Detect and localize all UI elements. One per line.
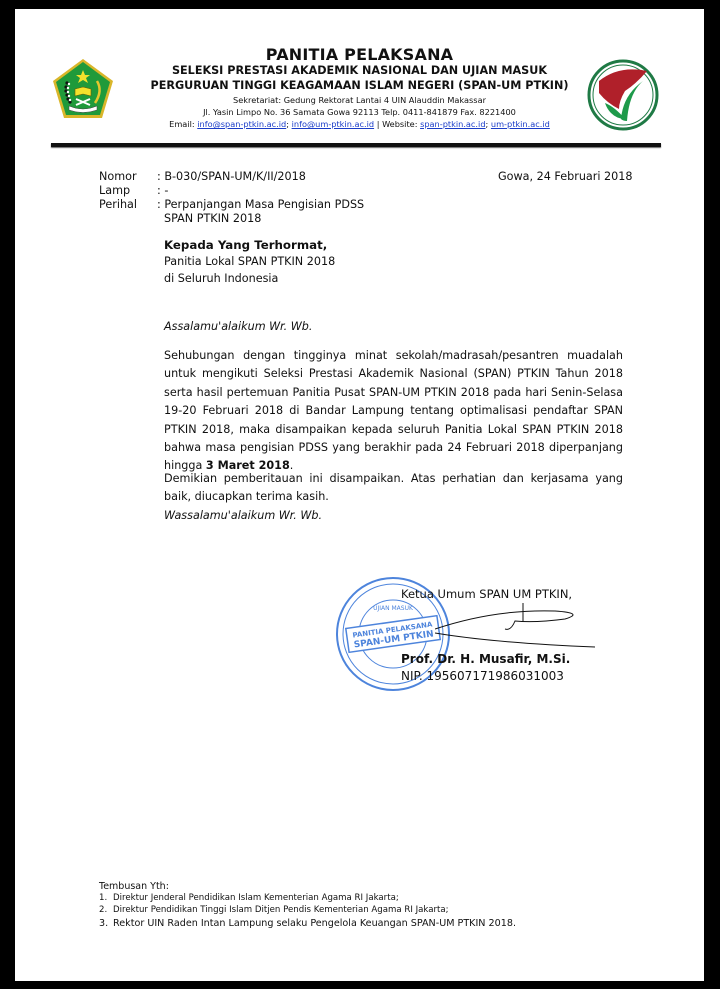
letterhead-secretariat: Sekretariat: Gedung Rektorat Lantai 4 UI… xyxy=(15,95,704,105)
cc-item: 2.Direktur Pendidikan Tinggi Islam Ditje… xyxy=(99,905,449,915)
body-paragraph-1: Sehubungan dengan tingginya minat sekola… xyxy=(164,347,623,476)
recipient-salutation: Kepada Yang Terhormat, xyxy=(164,237,327,253)
cc-number: 3. xyxy=(99,918,113,929)
cc-item: 3.Rektor UIN Raden Intan Lampung selaku … xyxy=(99,918,516,929)
letterhead-subtitle-2: PERGURUAN TINGGI KEAGAMAAN ISLAM NEGERI … xyxy=(15,79,704,92)
letter-page: PANITIA PELAKSANA SELEKSI PRESTASI AKADE… xyxy=(15,9,704,981)
separator: ; xyxy=(486,119,489,129)
handwritten-signature-icon xyxy=(435,599,605,649)
perihal-label: Perihal xyxy=(99,197,137,213)
recipient-name: Panitia Lokal SPAN PTKIN 2018 xyxy=(164,254,335,270)
nomor-value: : B-030/SPAN-UM/K/II/2018 xyxy=(157,169,306,185)
signatory-nip: NIP. 195607171986031003 xyxy=(401,668,564,684)
signatory-name: Prof. Dr. H. Musafir, M.Si. xyxy=(401,651,570,667)
email-link-span[interactable]: info@span-ptkin.ac.id xyxy=(197,119,286,129)
cc-item: 1.Direktur Jenderal Pendidikan Islam Kem… xyxy=(99,893,399,903)
cc-number: 1. xyxy=(99,893,113,903)
cc-text: Direktur Pendidikan Tinggi Islam Ditjen … xyxy=(113,905,449,915)
greeting: Assalamu'alaikum Wr. Wb. xyxy=(164,319,312,335)
separator: ; xyxy=(286,119,289,129)
cc-number: 2. xyxy=(99,905,113,915)
website-link-span[interactable]: span-ptkin.ac.id xyxy=(420,119,485,129)
closing: Wassalamu'alaikum Wr. Wb. xyxy=(164,508,322,524)
letterhead-divider xyxy=(51,143,661,147)
perihal-value-cont: SPAN PTKIN 2018 xyxy=(164,211,261,227)
website-label: | Website: xyxy=(377,119,418,129)
email-link-um[interactable]: info@um-ptkin.ac.id xyxy=(292,119,374,129)
recipient-location: di Seluruh Indonesia xyxy=(164,271,278,287)
letterhead-address: Jl. Yasin Limpo No. 36 Samata Gowa 92113… xyxy=(15,107,704,117)
letterhead-contacts: Email: info@span-ptkin.ac.id; info@um-pt… xyxy=(15,119,704,129)
cc-text: Direktur Jenderal Pendidikan Islam Kemen… xyxy=(113,893,399,903)
paragraph-text: Sehubungan dengan tingginya minat sekola… xyxy=(164,349,623,472)
letterhead-subtitle-1: SELEKSI PRESTASI AKADEMIK NASIONAL DAN U… xyxy=(15,64,704,77)
cc-text: Rektor UIN Raden Intan Lampung selaku Pe… xyxy=(113,918,516,929)
svg-text:UJIAN MASUK: UJIAN MASUK xyxy=(373,605,414,612)
signatory-title: Ketua Umum SPAN UM PTKIN, xyxy=(401,586,572,602)
website-link-um[interactable]: um-ptkin.ac.id xyxy=(491,119,550,129)
body-paragraph-2: Demikian pemberitauan ini disampaikan. A… xyxy=(164,470,623,507)
letterhead-title: PANITIA PELAKSANA xyxy=(15,45,704,64)
letter-date: Gowa, 24 Februari 2018 xyxy=(498,169,633,185)
email-label: Email: xyxy=(169,119,194,129)
